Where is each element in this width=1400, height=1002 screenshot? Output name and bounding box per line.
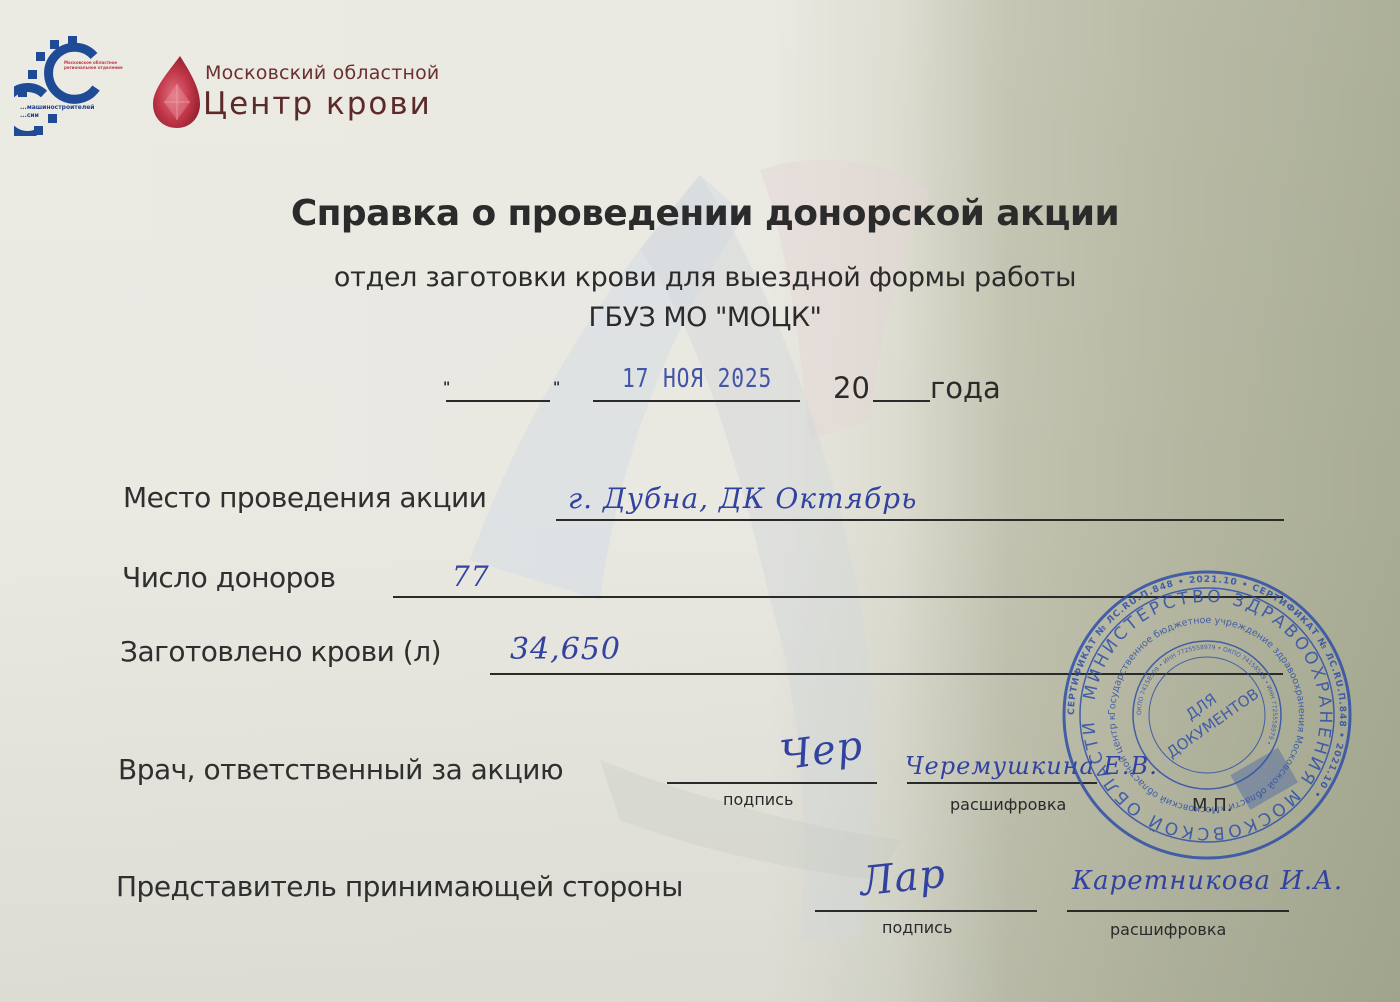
location-label: Место проведения акции: [123, 481, 486, 514]
doctor-role-label: Врач, ответственный за акцию: [118, 753, 563, 786]
partner-logo: Московское областное региональное отделе…: [14, 36, 124, 136]
day-blank-line: [446, 400, 550, 402]
year-suffix: года: [930, 371, 1001, 405]
seal-mark-label: М.П.: [1192, 795, 1233, 816]
receiver-name: Каретникова И.А.: [1072, 866, 1343, 896]
document-title: Справка о проведении донорской акции: [0, 193, 1400, 234]
gear-icon: [14, 36, 124, 136]
year-blank-line: [873, 400, 930, 402]
blood-drop-icon: [150, 54, 202, 130]
partner-logo-text-bottom: ...машиностроителей ...сии: [20, 104, 95, 120]
year-prefix: 20: [833, 371, 870, 405]
receiver-signature: Лар: [858, 851, 948, 906]
partner-logo-text-top: Московское областное региональное отделе…: [64, 60, 134, 70]
donors-label: Число доноров: [122, 561, 336, 594]
doctor-signature-caption: подпись: [723, 790, 793, 809]
official-seal-stamp: СЕРТИФИКАТ № ЛС.RU.П.848 • 2021.10 • СЕР…: [1062, 570, 1352, 860]
document-subtitle: отдел заготовки крови для выездной формы…: [0, 262, 1400, 293]
organization-name: ГБУЗ МО "МОЦК": [0, 302, 1400, 333]
receiver-name-line: [1067, 910, 1289, 912]
donors-value-text: 77: [452, 560, 490, 593]
doctor-signature: Чер: [777, 722, 866, 779]
month-blank-line: [593, 400, 800, 402]
org-logo-line1: Московский областной: [205, 62, 439, 84]
org-logo-line2: Центр крови: [203, 86, 432, 122]
date-quote-close: ": [553, 380, 560, 396]
blood-volume-label: Заготовлено крови (л): [120, 635, 441, 668]
doctor-signature-line: [667, 782, 877, 784]
receiver-name-caption: расшифровка: [1110, 920, 1226, 939]
receiver-role-label: Представитель принимающей стороны: [116, 870, 683, 903]
location-line: [556, 519, 1284, 521]
date-stamp: 17 НОЯ 2025: [622, 364, 772, 394]
receiver-signature-line: [815, 910, 1037, 912]
doctor-name-caption: расшифровка: [950, 795, 1066, 814]
location-value: г. Дубна, ДК Октябрь: [568, 482, 917, 515]
date-quote-open: ": [443, 380, 450, 396]
receiver-signature-caption: подпись: [882, 918, 952, 937]
blood-volume-value: 34,650: [510, 632, 621, 667]
